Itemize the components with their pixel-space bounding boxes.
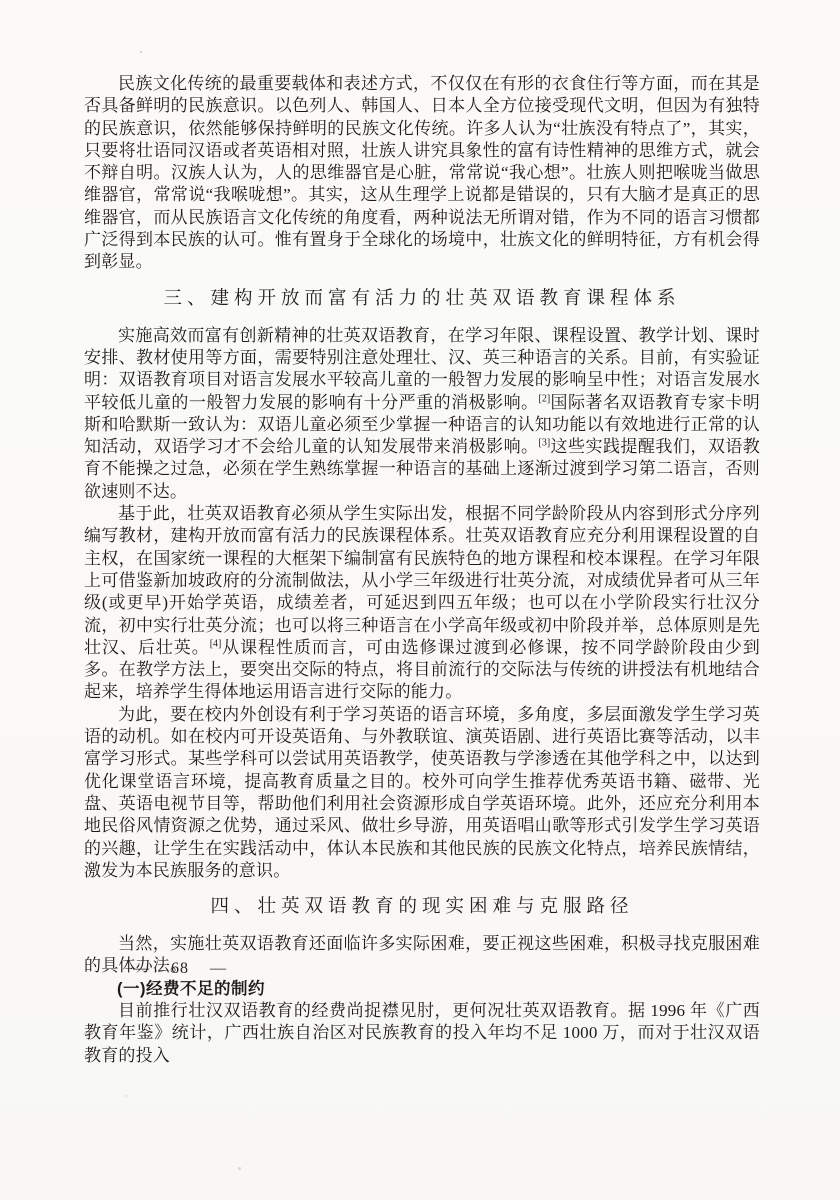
- scanned-document-page: 民族文化传统的最重要载体和表述方式，不仅仅在有形的衣食住行等方面，而在其是否具备…: [0, 0, 840, 1200]
- paragraph-bilingual-experiments: 实施高效而富有创新精神的壮英双语教育，在学习年限、课程设置、教学计划、课时安排、…: [84, 325, 760, 503]
- subsection-heading-funding: (一)经费不足的制约: [84, 978, 760, 1000]
- citation-marker-3: [3]: [539, 438, 551, 449]
- page-number: — 68 —: [133, 960, 227, 978]
- paragraph-text: 基于此，壮英双语教育必须从学生实际出发，根据不同学龄阶段从内容到形式分序列编写教…: [84, 504, 760, 657]
- scan-speck: [125, 1095, 127, 1097]
- scan-speck: [238, 1167, 241, 1170]
- text-column: 民族文化传统的最重要载体和表述方式，不仅仅在有形的衣食住行等方面，而在其是否具备…: [84, 73, 760, 1067]
- scan-speck: [140, 51, 142, 53]
- citation-marker-2: [2]: [539, 393, 551, 404]
- paragraph-english-environment: 为此，要在校内外创设有利于学习英语的语言环境，多角度，多层面激发学生学习英语的动…: [84, 704, 760, 882]
- section-heading-4: 四、壮英双语教育的现实困难与克服路径: [84, 893, 760, 921]
- section-heading-3: 三、建构开放而富有活力的壮英双语教育课程体系: [84, 285, 760, 313]
- paragraph-funding-shortage: 目前推行壮汉双语教育的经费尚捉襟见肘，更何况壮英双语教育。据 1996 年《广西…: [84, 1000, 760, 1067]
- citation-marker-4: [4]: [210, 638, 222, 649]
- paragraph-national-culture: 民族文化传统的最重要载体和表述方式，不仅仅在有形的衣食住行等方面，而在其是否具备…: [84, 73, 760, 274]
- paragraph-curriculum-design: 基于此，壮英双语教育必须从学生实际出发，根据不同学龄阶段从内容到形式分序列编写教…: [84, 503, 760, 704]
